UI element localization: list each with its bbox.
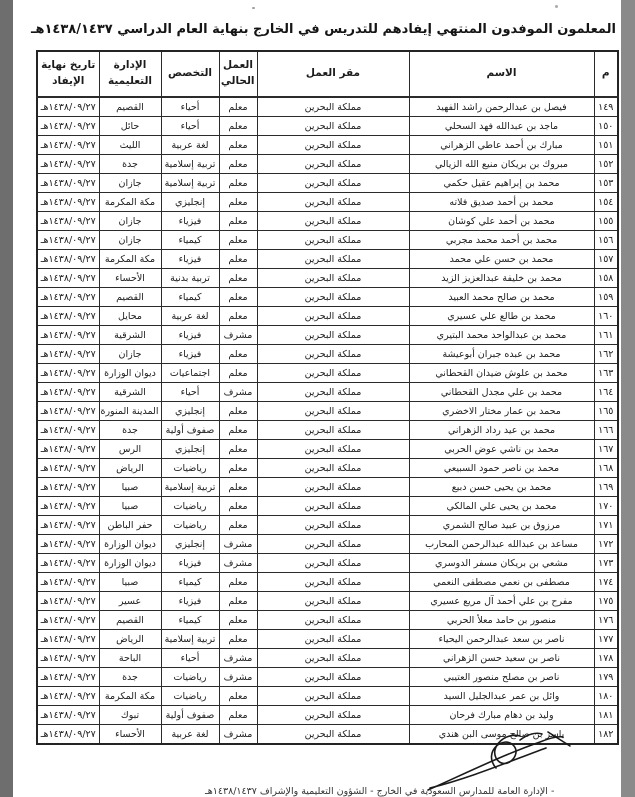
row-current-job: معلم	[219, 231, 257, 250]
row-specialization: فيزياء	[161, 592, 219, 611]
row-serial: ١٧١	[594, 516, 618, 535]
row-education-admin: القصيم	[99, 611, 161, 630]
row-current-job: معلم	[219, 364, 257, 383]
row-end-date: ١٤٣٨/٠٩/٢٧هـ	[37, 573, 99, 592]
row-serial: ١٦٩	[594, 478, 618, 497]
header-education-admin: الإدارة التعليمية	[99, 51, 161, 97]
table-row: ١٦٢ محمد بن عبده جبران أبوعيشة مملكة الب…	[37, 345, 618, 364]
table-row: ١٧٣ مشعي بن بريكان مسفر الدوسري مملكة ال…	[37, 554, 618, 573]
row-specialization: تربية إسلامية	[161, 630, 219, 649]
row-serial: ١٨٠	[594, 687, 618, 706]
row-serial: ١٧٠	[594, 497, 618, 516]
row-current-job: معلم	[219, 421, 257, 440]
row-end-date: ١٤٣٨/٠٩/٢٧هـ	[37, 554, 99, 573]
row-current-job: معلم	[219, 497, 257, 516]
row-teacher-name: ماجد بن عبدالله فهد السحلي	[409, 117, 594, 136]
row-end-date: ١٤٣٨/٠٩/٢٧هـ	[37, 706, 99, 725]
row-work-location: مملكة البحرين	[257, 630, 409, 649]
row-specialization: إنجليزي	[161, 440, 219, 459]
row-education-admin: الشرقية	[99, 383, 161, 402]
row-end-date: ١٤٣٨/٠٩/٢٧هـ	[37, 155, 99, 174]
row-current-job: معلم	[219, 459, 257, 478]
row-work-location: مملكة البحرين	[257, 402, 409, 421]
row-specialization: رياضيات	[161, 497, 219, 516]
table-row: ١٦٨ محمد بن ناصر حمود السبيعي مملكة البح…	[37, 459, 618, 478]
scanned-document-page: المعلمون الموفدون المنتهي إيفادهم للتدري…	[0, 0, 635, 797]
row-teacher-name: محمد بن علوش ضيدان القحطاني	[409, 364, 594, 383]
row-teacher-name: مبارك بن أحمد عاطي الزهراني	[409, 136, 594, 155]
row-work-location: مملكة البحرين	[257, 497, 409, 516]
row-specialization: اجتماعيات	[161, 364, 219, 383]
row-serial: ١٥٢	[594, 155, 618, 174]
row-education-admin: ديوان الوزارة	[99, 364, 161, 383]
table-row: ١٥٨ محمد بن خليفة عبدالعزيز الزيد مملكة …	[37, 269, 618, 288]
row-education-admin: عسير	[99, 592, 161, 611]
row-serial: ١٦٥	[594, 402, 618, 421]
row-current-job: مشرف	[219, 649, 257, 668]
table-row: ١٦٤ محمد بن علي مجدل القحطاني مملكة البح…	[37, 383, 618, 402]
row-work-location: مملكة البحرين	[257, 155, 409, 174]
row-end-date: ١٤٣٨/٠٩/٢٧هـ	[37, 592, 99, 611]
row-specialization: رياضيات	[161, 459, 219, 478]
row-teacher-name: محمد بن عمار مختار الاخضري	[409, 402, 594, 421]
page-title: المعلمون الموفدون المنتهي إيفادهم للتدري…	[30, 22, 617, 37]
table-row: ١٥٣ محمد بن إبراهيم عقيل حكمي مملكة البح…	[37, 174, 618, 193]
row-work-location: مملكة البحرين	[257, 611, 409, 630]
row-work-location: مملكة البحرين	[257, 250, 409, 269]
scan-speck	[555, 5, 558, 8]
table-row: ١٦٩ محمد بن يحيى حسن دبيع مملكة البحرين …	[37, 478, 618, 497]
row-education-admin: ديوان الوزارة	[99, 535, 161, 554]
row-education-admin: جدة	[99, 421, 161, 440]
table-row: ١٥٤ محمد بن أحمد صديق فلاته مملكة البحري…	[37, 193, 618, 212]
row-current-job: مشرف	[219, 535, 257, 554]
table-row: ١٧٥ مفرح بن علي أحمد آل مريع عسيري مملكة…	[37, 592, 618, 611]
row-current-job: معلم	[219, 174, 257, 193]
teachers-roster-table: م الاسم مقر العمل العمل الحالي التخصص ال…	[36, 50, 619, 745]
row-serial: ١٧٣	[594, 554, 618, 573]
row-end-date: ١٤٣٨/٠٩/٢٧هـ	[37, 497, 99, 516]
row-specialization: إنجليزي	[161, 193, 219, 212]
table-row: ١٧٦ منصور بن حامد معلأ الحربي مملكة البح…	[37, 611, 618, 630]
row-teacher-name: وليد بن دهام مبارك فرحان	[409, 706, 594, 725]
table-row: ١٥١ مبارك بن أحمد عاطي الزهراني مملكة ال…	[37, 136, 618, 155]
row-teacher-name: مساعد بن عبدالله عبدالرحمن المحارب	[409, 535, 594, 554]
row-specialization: صفوف أولية	[161, 706, 219, 725]
row-end-date: ١٤٣٨/٠٩/٢٧هـ	[37, 383, 99, 402]
row-serial: ١٧٥	[594, 592, 618, 611]
row-education-admin: القصيم	[99, 288, 161, 307]
row-education-admin: جدة	[99, 668, 161, 687]
row-serial: ١٧٤	[594, 573, 618, 592]
row-education-admin: صبيا	[99, 497, 161, 516]
table-row: ١٤٩ فيصل بن عبدالرحمن راشد الفهيد مملكة …	[37, 97, 618, 117]
row-current-job: مشرف	[219, 554, 257, 573]
row-education-admin: الأحساء	[99, 725, 161, 745]
row-education-admin: القصيم	[99, 97, 161, 117]
row-teacher-name: مشعي بن بريكان مسفر الدوسري	[409, 554, 594, 573]
row-end-date: ١٤٣٨/٠٩/٢٧هـ	[37, 345, 99, 364]
scan-edge-right	[621, 0, 635, 797]
row-end-date: ١٤٣٨/٠٩/٢٧هـ	[37, 97, 99, 117]
table-row: ١٥٩ محمد بن صالح محمد العبيد مملكة البحر…	[37, 288, 618, 307]
row-current-job: معلم	[219, 307, 257, 326]
row-serial: ١٦٨	[594, 459, 618, 478]
row-end-date: ١٤٣٨/٠٩/٢٧هـ	[37, 307, 99, 326]
row-current-job: معلم	[219, 212, 257, 231]
row-specialization: أحياء	[161, 383, 219, 402]
row-education-admin: جازان	[99, 212, 161, 231]
row-education-admin: الليث	[99, 136, 161, 155]
row-education-admin: تبوك	[99, 706, 161, 725]
table-row: ١٨٠ وائل بن عمر عبدالجليل السيد مملكة ال…	[37, 687, 618, 706]
table-row: ١٥٢ مبروك بن بريكان منيع الله الزيالي مم…	[37, 155, 618, 174]
row-teacher-name: فيصل بن عبدالرحمن راشد الفهيد	[409, 97, 594, 117]
row-education-admin: مكة المكرمة	[99, 250, 161, 269]
row-end-date: ١٤٣٨/٠٩/٢٧هـ	[37, 516, 99, 535]
row-education-admin: محايل	[99, 307, 161, 326]
row-work-location: مملكة البحرين	[257, 725, 409, 745]
row-end-date: ١٤٣٨/٠٩/٢٧هـ	[37, 117, 99, 136]
row-teacher-name: مرزوق بن عبيد صالح الشمري	[409, 516, 594, 535]
row-specialization: فيزياء	[161, 250, 219, 269]
row-current-job: مشرف	[219, 668, 257, 687]
row-education-admin: جازان	[99, 345, 161, 364]
row-current-job: معلم	[219, 592, 257, 611]
row-serial: ١٧٧	[594, 630, 618, 649]
row-education-admin: حائل	[99, 117, 161, 136]
table-row: ١٥٠ ماجد بن عبدالله فهد السحلي مملكة الب…	[37, 117, 618, 136]
table-row: ١٦١ محمد بن عبدالواحد محمد البتيري مملكة…	[37, 326, 618, 345]
row-end-date: ١٤٣٨/٠٩/٢٧هـ	[37, 402, 99, 421]
row-education-admin: الشرقية	[99, 326, 161, 345]
row-specialization: فيزياء	[161, 345, 219, 364]
row-current-job: معلم	[219, 288, 257, 307]
row-specialization: تربية بدنية	[161, 269, 219, 288]
row-education-admin: صبيا	[99, 478, 161, 497]
row-end-date: ١٤٣٨/٠٩/٢٧هـ	[37, 269, 99, 288]
row-specialization: تربية إسلامية	[161, 155, 219, 174]
row-current-job: معلم	[219, 440, 257, 459]
row-end-date: ١٤٣٨/٠٩/٢٧هـ	[37, 611, 99, 630]
row-teacher-name: مفرح بن علي أحمد آل مريع عسيري	[409, 592, 594, 611]
row-teacher-name: محمد بن ناصر حمود السبيعي	[409, 459, 594, 478]
row-work-location: مملكة البحرين	[257, 706, 409, 725]
row-work-location: مملكة البحرين	[257, 592, 409, 611]
row-education-admin: الأحساء	[99, 269, 161, 288]
row-current-job: معلم	[219, 117, 257, 136]
row-specialization: إنجليزي	[161, 535, 219, 554]
row-work-location: مملكة البحرين	[257, 326, 409, 345]
table-row: ١٥٧ محمد بن حسن علي محمد مملكة البحرين م…	[37, 250, 618, 269]
row-work-location: مملكة البحرين	[257, 554, 409, 573]
table-row: ١٦٠ محمد بن طالع علي عسيري مملكة البحرين…	[37, 307, 618, 326]
row-specialization: أحياء	[161, 117, 219, 136]
row-education-admin: المدينة المنورة	[99, 402, 161, 421]
row-current-job: معلم	[219, 687, 257, 706]
row-end-date: ١٤٣٨/٠٩/٢٧هـ	[37, 193, 99, 212]
row-current-job: مشرف	[219, 383, 257, 402]
row-teacher-name: محمد بن عبده جبران أبوعيشة	[409, 345, 594, 364]
row-end-date: ١٤٣٨/٠٩/٢٧هـ	[37, 212, 99, 231]
row-work-location: مملكة البحرين	[257, 383, 409, 402]
row-serial: ١٦٧	[594, 440, 618, 459]
row-specialization: كيمياء	[161, 573, 219, 592]
row-work-location: مملكة البحرين	[257, 516, 409, 535]
row-work-location: مملكة البحرين	[257, 288, 409, 307]
row-end-date: ١٤٣٨/٠٩/٢٧هـ	[37, 668, 99, 687]
row-teacher-name: محمد بن إبراهيم عقيل حكمي	[409, 174, 594, 193]
row-current-job: معلم	[219, 97, 257, 117]
scan-edge-left	[0, 0, 13, 797]
row-end-date: ١٤٣٨/٠٩/٢٧هـ	[37, 459, 99, 478]
row-education-admin: الرياض	[99, 630, 161, 649]
table-row: ١٦٦ محمد بن عيد رداد الزهراني مملكة البح…	[37, 421, 618, 440]
row-teacher-name: محمد بن طالع علي عسيري	[409, 307, 594, 326]
row-specialization: كيمياء	[161, 288, 219, 307]
table-row: ١٧٢ مساعد بن عبدالله عبدالرحمن المحارب م…	[37, 535, 618, 554]
row-specialization: لغة عربية	[161, 307, 219, 326]
row-work-location: مملكة البحرين	[257, 440, 409, 459]
table-row: ١٨١ وليد بن دهام مبارك فرحان مملكة البحر…	[37, 706, 618, 725]
row-serial: ١٥٩	[594, 288, 618, 307]
table-row: ١٧٩ ناصر بن مصلح منصور العتيبي مملكة الب…	[37, 668, 618, 687]
row-serial: ١٨١	[594, 706, 618, 725]
table-row: ١٧٠ محمد بن يحيى علي المالكي مملكة البحر…	[37, 497, 618, 516]
row-teacher-name: محمد بن علي مجدل القحطاني	[409, 383, 594, 402]
row-work-location: مملكة البحرين	[257, 174, 409, 193]
row-current-job: مشرف	[219, 326, 257, 345]
row-specialization: فيزياء	[161, 212, 219, 231]
row-work-location: مملكة البحرين	[257, 345, 409, 364]
row-work-location: مملكة البحرين	[257, 668, 409, 687]
row-teacher-name: ناصر بن سعيد حسن الزهراني	[409, 649, 594, 668]
row-education-admin: جازان	[99, 231, 161, 250]
row-end-date: ١٤٣٨/٠٩/٢٧هـ	[37, 421, 99, 440]
row-end-date: ١٤٣٨/٠٩/٢٧هـ	[37, 288, 99, 307]
table-row: ١٧٧ ناصر بن سعد عبدالرحمن اليحياء مملكة …	[37, 630, 618, 649]
handwritten-signature	[400, 728, 585, 794]
row-specialization: صفوف أولية	[161, 421, 219, 440]
table-row: ١٧٤ مصطفى بن نعمي مصطفى النعمي مملكة الب…	[37, 573, 618, 592]
row-serial: ١٦٢	[594, 345, 618, 364]
row-serial: ١٤٩	[594, 97, 618, 117]
row-current-job: معلم	[219, 345, 257, 364]
row-specialization: فيزياء	[161, 326, 219, 345]
row-work-location: مملكة البحرين	[257, 193, 409, 212]
row-specialization: أحياء	[161, 97, 219, 117]
row-teacher-name: ناصر بن مصلح منصور العتيبي	[409, 668, 594, 687]
row-teacher-name: محمد بن يحيى حسن دبيع	[409, 478, 594, 497]
row-serial: ١٧٨	[594, 649, 618, 668]
row-work-location: مملكة البحرين	[257, 364, 409, 383]
row-current-job: معلم	[219, 193, 257, 212]
row-education-admin: ديوان الوزارة	[99, 554, 161, 573]
row-specialization: كيمياء	[161, 231, 219, 250]
row-current-job: معلم	[219, 630, 257, 649]
row-serial: ١٧٦	[594, 611, 618, 630]
row-serial: ١٥٦	[594, 231, 618, 250]
footer-department-line: - الإدارة العامة للمدارس السعودية في الخ…	[205, 786, 605, 797]
table-row: ١٧٨ ناصر بن سعيد حسن الزهراني مملكة البح…	[37, 649, 618, 668]
row-specialization: رياضيات	[161, 687, 219, 706]
row-work-location: مملكة البحرين	[257, 649, 409, 668]
row-end-date: ١٤٣٨/٠٩/٢٧هـ	[37, 174, 99, 193]
table-row: ١٥٦ محمد بن أحمد محمد مجربي مملكة البحري…	[37, 231, 618, 250]
row-current-job: معلم	[219, 155, 257, 174]
row-education-admin: مكة المكرمة	[99, 687, 161, 706]
row-teacher-name: مصطفى بن نعمي مصطفى النعمي	[409, 573, 594, 592]
row-current-job: مشرف	[219, 725, 257, 745]
table-row: ١٦٣ محمد بن علوش ضيدان القحطاني مملكة ال…	[37, 364, 618, 383]
row-teacher-name: منصور بن حامد معلأ الحربي	[409, 611, 594, 630]
row-end-date: ١٤٣٨/٠٩/٢٧هـ	[37, 478, 99, 497]
row-serial: ١٧٢	[594, 535, 618, 554]
row-current-job: معلم	[219, 611, 257, 630]
row-end-date: ١٤٣٨/٠٩/٢٧هـ	[37, 687, 99, 706]
row-serial: ١٥٠	[594, 117, 618, 136]
row-education-admin: حفر الباطن	[99, 516, 161, 535]
row-teacher-name: محمد بن خليفة عبدالعزيز الزيد	[409, 269, 594, 288]
row-work-location: مملكة البحرين	[257, 136, 409, 155]
row-serial: ١٧٩	[594, 668, 618, 687]
row-end-date: ١٤٣٨/٠٩/٢٧هـ	[37, 136, 99, 155]
row-education-admin: الرياض	[99, 459, 161, 478]
row-serial: ١٨٢	[594, 725, 618, 745]
row-work-location: مملكة البحرين	[257, 535, 409, 554]
row-end-date: ١٤٣٨/٠٩/٢٧هـ	[37, 440, 99, 459]
row-teacher-name: محمد بن عيد رداد الزهراني	[409, 421, 594, 440]
row-specialization: تربية إسلامية	[161, 478, 219, 497]
row-end-date: ١٤٣٨/٠٩/٢٧هـ	[37, 250, 99, 269]
row-current-job: معلم	[219, 478, 257, 497]
row-specialization: لغة عربية	[161, 136, 219, 155]
row-work-location: مملكة البحرين	[257, 573, 409, 592]
row-end-date: ١٤٣٨/٠٩/٢٧هـ	[37, 326, 99, 345]
row-work-location: مملكة البحرين	[257, 687, 409, 706]
header-current-job: العمل الحالي	[219, 51, 257, 97]
header-secondment-end-date: تاريخ نهاية الإيفاد	[37, 51, 99, 97]
row-end-date: ١٤٣٨/٠٩/٢٧هـ	[37, 630, 99, 649]
table-row: ١٦٧ محمد بن ناشي عوض الحربي مملكة البحري…	[37, 440, 618, 459]
row-serial: ١٥٨	[594, 269, 618, 288]
row-education-admin: الرس	[99, 440, 161, 459]
row-end-date: ١٤٣٨/٠٩/٢٧هـ	[37, 231, 99, 250]
row-end-date: ١٤٣٨/٠٩/٢٧هـ	[37, 649, 99, 668]
row-current-job: معلم	[219, 573, 257, 592]
row-specialization: إنجليزي	[161, 402, 219, 421]
row-teacher-name: محمد بن عبدالواحد محمد البتيري	[409, 326, 594, 345]
row-current-job: معلم	[219, 250, 257, 269]
row-current-job: معلم	[219, 136, 257, 155]
row-serial: ١٥٣	[594, 174, 618, 193]
row-specialization: رياضيات	[161, 516, 219, 535]
header-serial: م	[594, 51, 618, 97]
row-serial: ١٥٧	[594, 250, 618, 269]
row-education-admin: صبيا	[99, 573, 161, 592]
row-serial: ١٦٤	[594, 383, 618, 402]
row-work-location: مملكة البحرين	[257, 97, 409, 117]
table-row: ١٦٥ محمد بن عمار مختار الاخضري مملكة الب…	[37, 402, 618, 421]
row-teacher-name: محمد بن أحمد علي كوشان	[409, 212, 594, 231]
table-body: ١٤٩ فيصل بن عبدالرحمن راشد الفهيد مملكة …	[37, 97, 618, 744]
table-row: ١٥٥ محمد بن أحمد علي كوشان مملكة البحرين…	[37, 212, 618, 231]
row-specialization: تربية إسلامية	[161, 174, 219, 193]
table-row: ١٧١ مرزوق بن عبيد صالح الشمري مملكة البح…	[37, 516, 618, 535]
row-end-date: ١٤٣٨/٠٩/٢٧هـ	[37, 535, 99, 554]
row-work-location: مملكة البحرين	[257, 231, 409, 250]
row-work-location: مملكة البحرين	[257, 307, 409, 326]
scan-speck	[252, 7, 255, 9]
header-work-location: مقر العمل	[257, 51, 409, 97]
row-specialization: لغة عربية	[161, 725, 219, 745]
row-specialization: كيمياء	[161, 611, 219, 630]
table-header: م الاسم مقر العمل العمل الحالي التخصص ال…	[37, 51, 618, 97]
row-serial: ١٥١	[594, 136, 618, 155]
row-serial: ١٥٥	[594, 212, 618, 231]
row-work-location: مملكة البحرين	[257, 212, 409, 231]
row-teacher-name: مبروك بن بريكان منيع الله الزيالي	[409, 155, 594, 174]
row-education-admin: مكة المكرمة	[99, 193, 161, 212]
row-education-admin: الباحة	[99, 649, 161, 668]
row-current-job: معلم	[219, 402, 257, 421]
row-teacher-name: محمد بن ناشي عوض الحربي	[409, 440, 594, 459]
header-name: الاسم	[409, 51, 594, 97]
row-specialization: أحياء	[161, 649, 219, 668]
row-current-job: معلم	[219, 706, 257, 725]
row-teacher-name: محمد بن أحمد محمد مجربي	[409, 231, 594, 250]
row-work-location: مملكة البحرين	[257, 269, 409, 288]
row-teacher-name: ناصر بن سعد عبدالرحمن اليحياء	[409, 630, 594, 649]
row-education-admin: جازان	[99, 174, 161, 193]
row-work-location: مملكة البحرين	[257, 478, 409, 497]
row-serial: ١٦٣	[594, 364, 618, 383]
header-specialization: التخصص	[161, 51, 219, 97]
row-work-location: مملكة البحرين	[257, 421, 409, 440]
row-current-job: معلم	[219, 516, 257, 535]
row-work-location: مملكة البحرين	[257, 459, 409, 478]
row-serial: ١٥٤	[594, 193, 618, 212]
row-specialization: فيزياء	[161, 554, 219, 573]
row-teacher-name: وائل بن عمر عبدالجليل السيد	[409, 687, 594, 706]
row-serial: ١٦٦	[594, 421, 618, 440]
row-current-job: معلم	[219, 269, 257, 288]
row-work-location: مملكة البحرين	[257, 117, 409, 136]
row-specialization: رياضيات	[161, 668, 219, 687]
row-teacher-name: محمد بن صالح محمد العبيد	[409, 288, 594, 307]
row-teacher-name: محمد بن أحمد صديق فلاته	[409, 193, 594, 212]
row-serial: ١٦٠	[594, 307, 618, 326]
row-education-admin: جدة	[99, 155, 161, 174]
row-end-date: ١٤٣٨/٠٩/٢٧هـ	[37, 364, 99, 383]
row-teacher-name: محمد بن حسن علي محمد	[409, 250, 594, 269]
row-teacher-name: محمد بن يحيى علي المالكي	[409, 497, 594, 516]
row-end-date: ١٤٣٨/٠٩/٢٧هـ	[37, 725, 99, 745]
row-serial: ١٦١	[594, 326, 618, 345]
